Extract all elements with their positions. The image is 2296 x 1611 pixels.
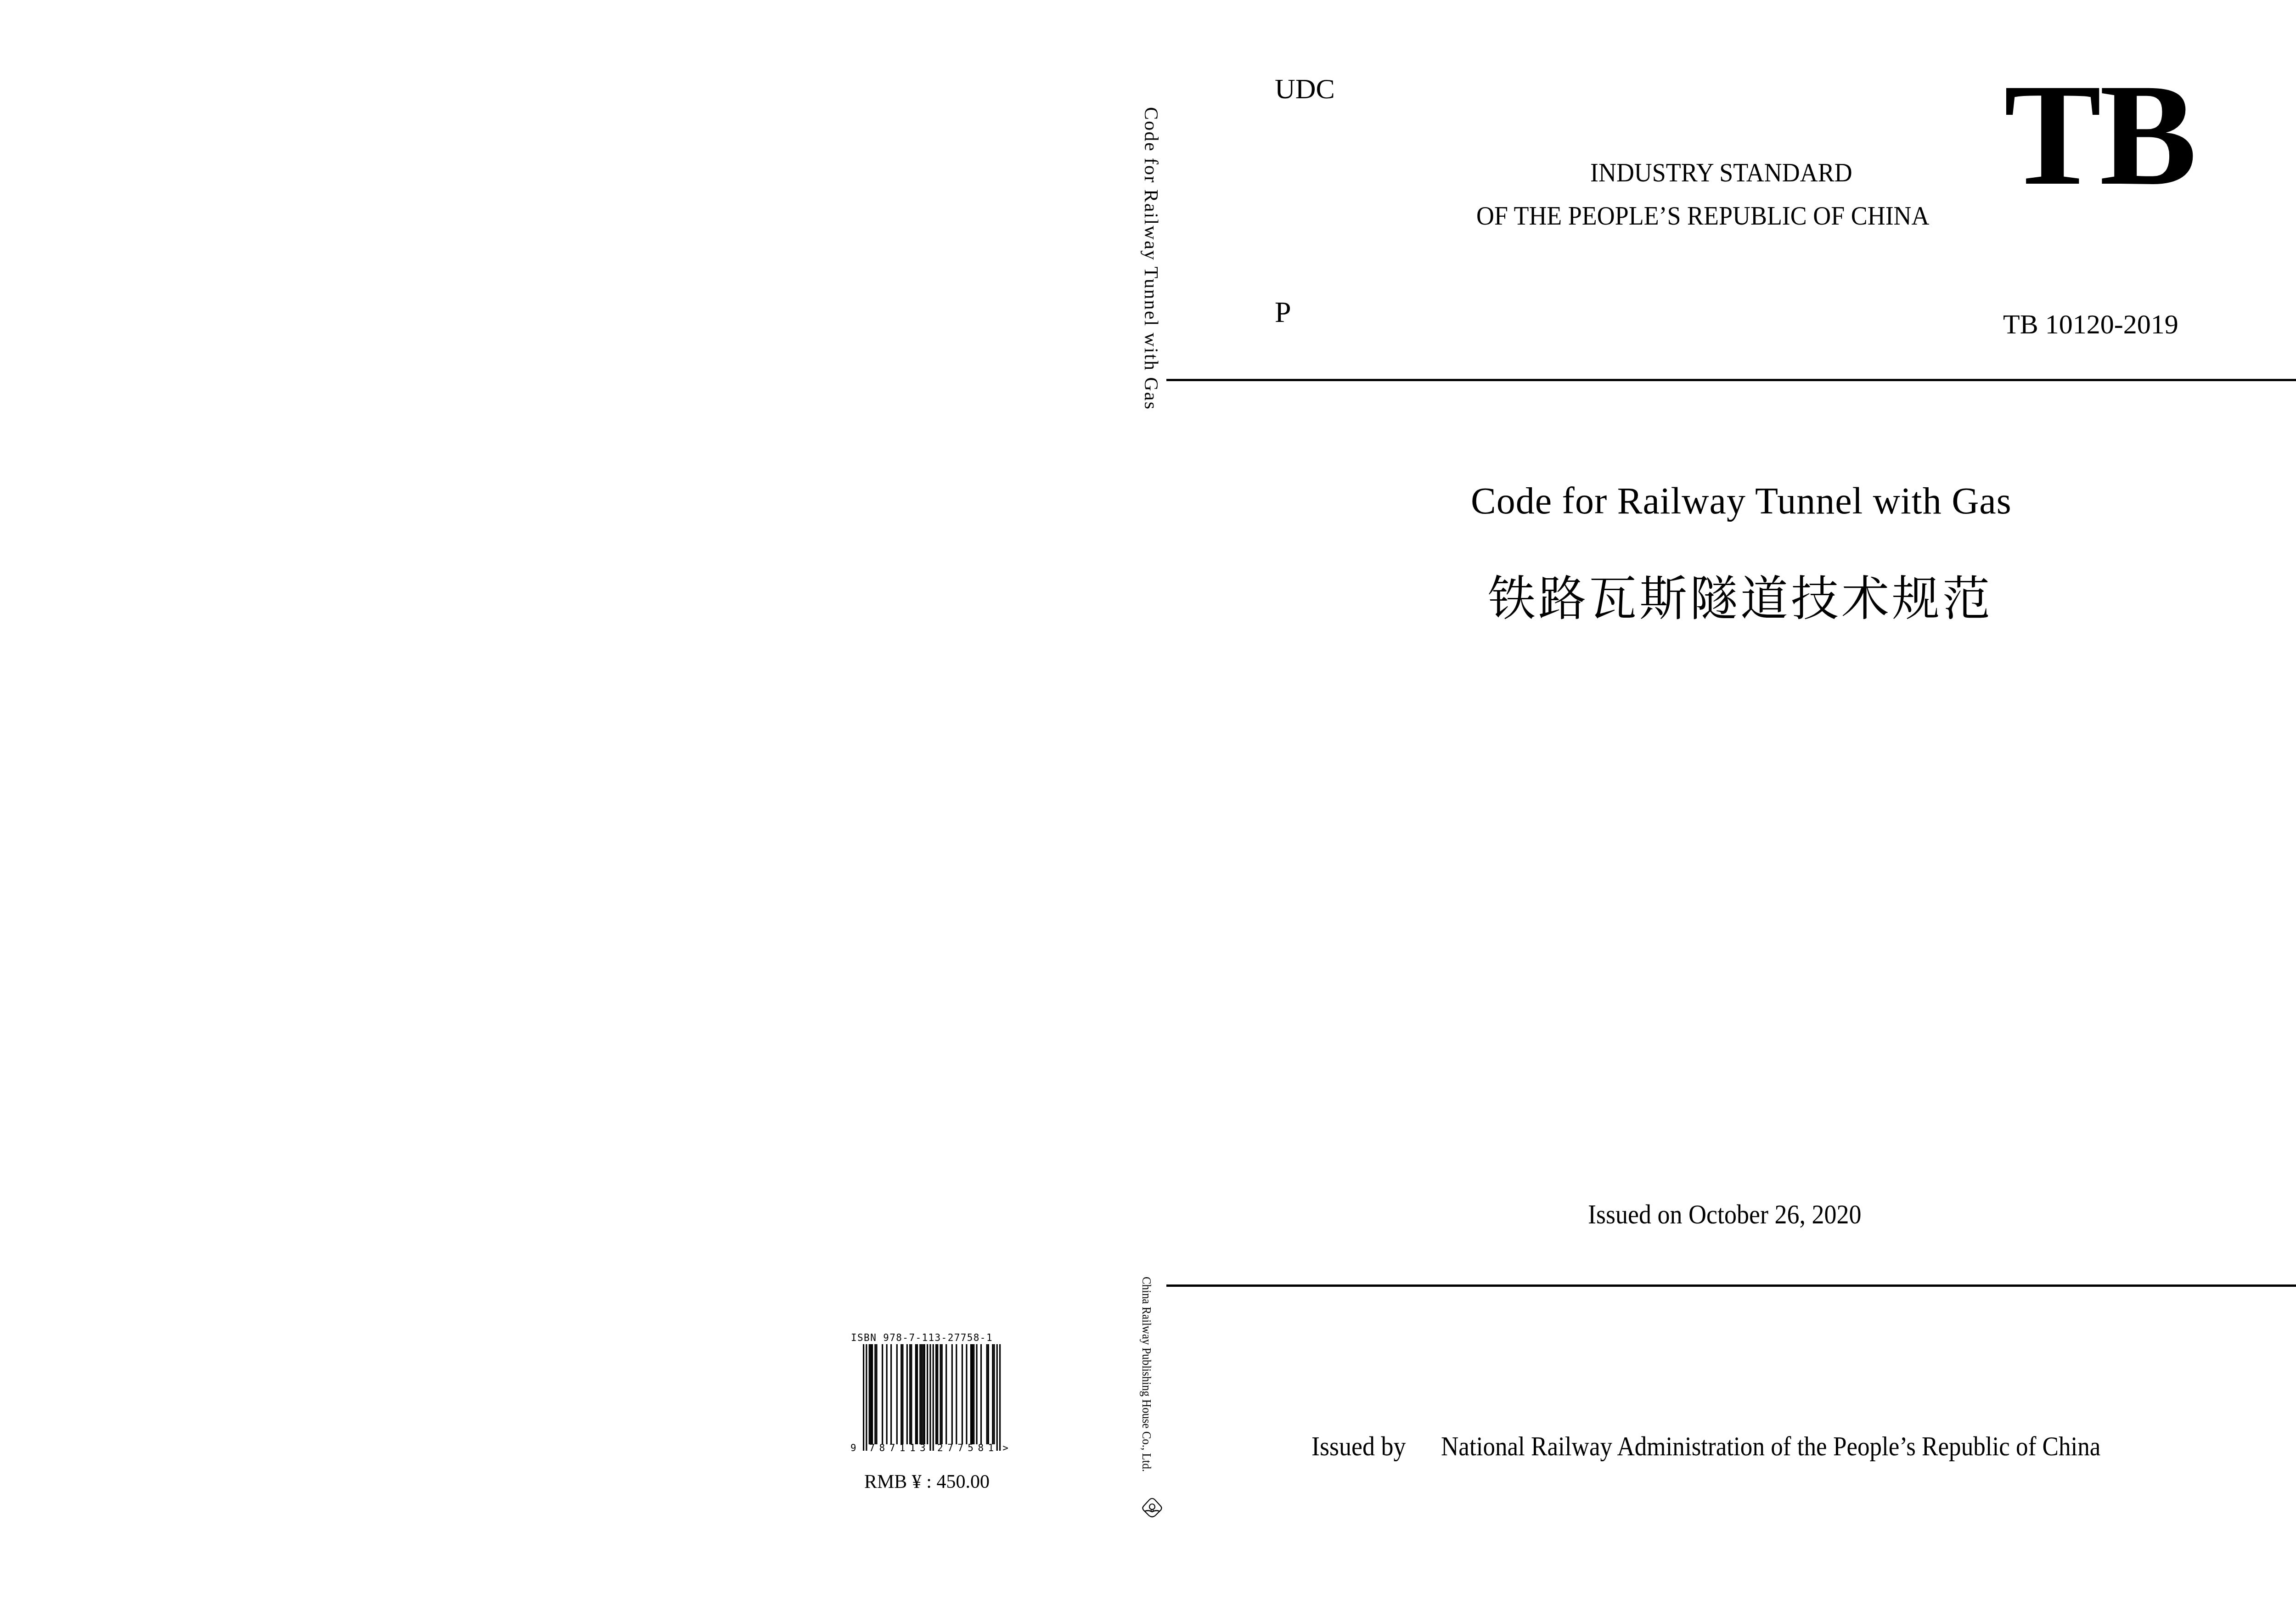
price: RMB ¥ : 450.00: [864, 1472, 990, 1492]
svg-text:9: 9: [850, 1442, 856, 1453]
svg-text:5: 5: [968, 1442, 974, 1453]
svg-text:7: 7: [947, 1442, 953, 1453]
standard-logo: TB: [2004, 62, 2195, 208]
standard-heading-line2: OF THE PEOPLE’S REPUBLIC OF CHINA: [1476, 203, 1930, 229]
svg-text:1: 1: [900, 1442, 906, 1453]
title-chinese: 铁路瓦斯隧道技术规范: [1488, 575, 1993, 623]
top-divider: [1166, 379, 2296, 381]
classification-code: P: [1275, 298, 1291, 327]
bottom-divider: [1166, 1284, 2296, 1287]
svg-text:7: 7: [889, 1442, 895, 1453]
svg-text:8: 8: [879, 1442, 885, 1453]
svg-text:2: 2: [937, 1442, 943, 1453]
spine-title: Code for Railway Tunnel with Gas: [1141, 107, 1160, 410]
publisher-emblem-icon: [1142, 1497, 1163, 1518]
svg-text:7: 7: [957, 1442, 963, 1453]
issuing-organization: National Railway Administration of the P…: [1441, 1432, 2100, 1460]
issue-date: Issued on October 26, 2020: [1588, 1200, 1861, 1228]
svg-text:8: 8: [978, 1442, 984, 1453]
svg-text:3: 3: [920, 1442, 926, 1453]
svg-text:7: 7: [869, 1442, 875, 1453]
title-english: Code for Railway Tunnel with Gas: [1471, 482, 2012, 520]
standard-heading-line1: INDUSTRY STANDARD: [1590, 159, 1852, 186]
svg-text:1: 1: [910, 1442, 916, 1453]
isbn-text: ISBN 978-7-113-27758-1: [851, 1333, 993, 1343]
spine-publisher: China Railway Publishing House Co., Ltd.: [1140, 1277, 1153, 1472]
issued-by-label: Issued by: [1311, 1432, 1406, 1460]
udc-label: UDC: [1275, 75, 1335, 103]
isbn-barcode: 9787113277581>: [850, 1344, 1011, 1454]
svg-text:>: >: [1002, 1442, 1008, 1453]
svg-text:1: 1: [988, 1442, 994, 1453]
standard-number: TB 10120-2019: [2003, 310, 2178, 338]
